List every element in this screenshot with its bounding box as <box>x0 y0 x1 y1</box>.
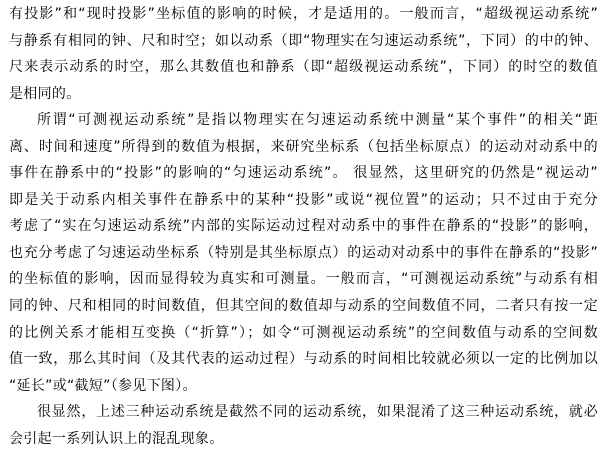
text-line: 与静系有相同的钟、尺和时空；如以动系（即“物理实在匀速运动系统”，下同）的中的钟… <box>9 28 598 55</box>
paragraph: 所谓“可测视运动系统”是指以物理实在匀速运动系统中测量“某个事件”的相关“距离、… <box>9 107 598 399</box>
text-line: 有投影”和“现时投影”坐标值的影响的时候，才是适用的。一般而言，“超级视运动系统… <box>9 1 598 28</box>
text-line: 会引起一系列认识上的混乱现象。 <box>9 426 598 453</box>
text-line: 考虑了“实在匀速运动系统”内部的实际运动过程对动系中的事件在静系的“投影”的影响… <box>9 213 598 240</box>
text-line: “延长”或“截短”（参见下图）。 <box>9 373 598 400</box>
text-line: 的比例关系才能相互变换（“折算”）；如令“可测视运动系统”的空间数值与动系的空间… <box>9 320 598 347</box>
text-line: 很显然，上述三种运动系统是截然不同的运动系统，如果混淆了这三种运动系统，就必 <box>9 399 598 426</box>
text-line: 也充分考虑了匀速运动坐标系（特别是其坐标原点）的运动对动系中的事件在静系的“投影… <box>9 240 598 267</box>
paragraph: 很显然，上述三种运动系统是截然不同的运动系统，如果混淆了这三种运动系统，就必会引… <box>9 399 598 452</box>
text-line: 同的钟、尺和相同的时间数值，但其空间的数值却与动系的空间数值不同，二者只有按一定 <box>9 293 598 320</box>
text-line: 值一致，那么其时间（及其代表的运动过程）与动系的时间相比较就必须以一定的比例加以 <box>9 346 598 373</box>
document-page: 有投影”和“现时投影”坐标值的影响的时候，才是适用的。一般而言，“超级视运动系统… <box>0 0 607 461</box>
text-line: 是相同的。 <box>9 81 598 108</box>
text-line: 尺来表示动系的时空，那么其数值也和静系（即“超级视运动系统”，下同）的时空的数值 <box>9 54 598 81</box>
paragraph: 有投影”和“现时投影”坐标值的影响的时候，才是适用的。一般而言，“超级视运动系统… <box>9 1 598 107</box>
text-body: 有投影”和“现时投影”坐标值的影响的时候，才是适用的。一般而言，“超级视运动系统… <box>9 1 598 452</box>
text-line: 的坐标值的影响，因而显得较为真实和可测量。一般而言，“可测视运动系统”与动系有相 <box>9 266 598 293</box>
text-line: 事件在静系中的“投影”的影响的“匀速运动系统”。 很显然，这里研究的仍然是“视运… <box>9 160 598 187</box>
text-line: 所谓“可测视运动系统”是指以物理实在匀速运动系统中测量“某个事件”的相关“距 <box>9 107 598 134</box>
text-line: 离、时间和速度”所得到的数值为根据，来研究坐标系（包括坐标原点）的运动对动系中的 <box>9 134 598 161</box>
text-line: 即是关于动系内相关事件在静系中的某种“投影”或说“视位置”的运动；只不过由于充分 <box>9 187 598 214</box>
